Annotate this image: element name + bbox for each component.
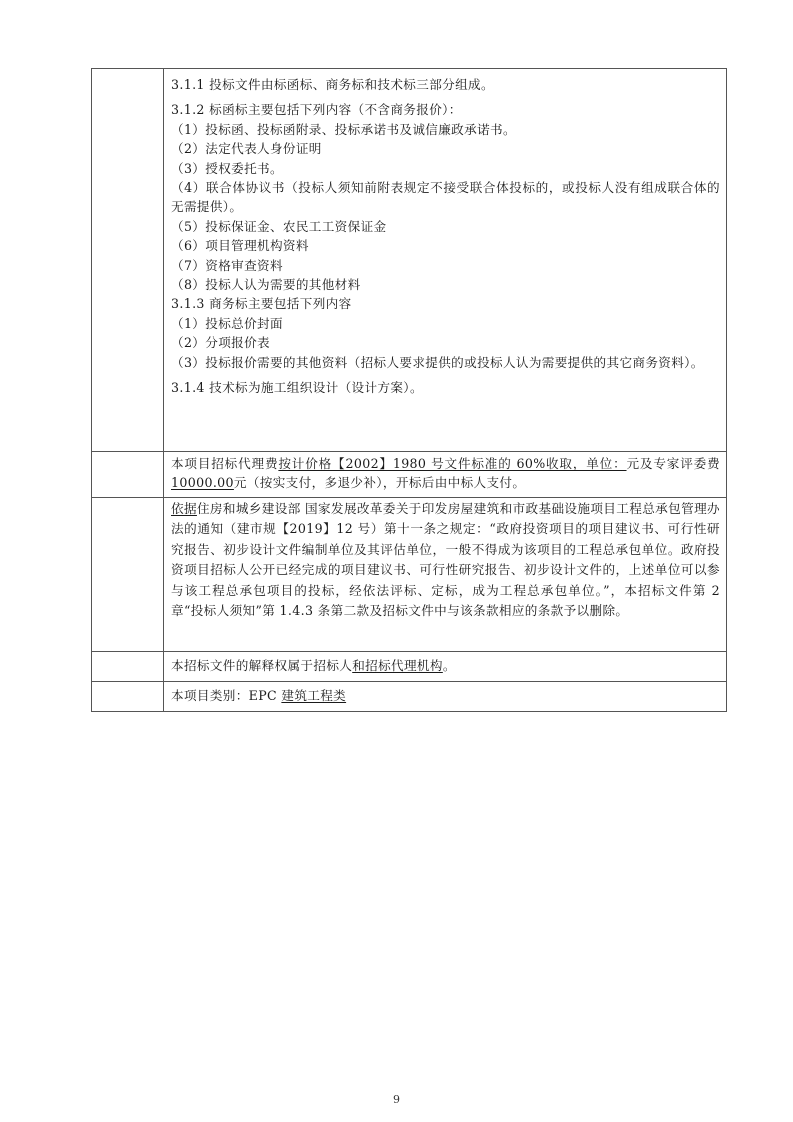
- row-label-cell: [92, 681, 164, 711]
- clause-3-1-4: 3.1.4 技术标为施工组织设计（设计方案）。: [171, 378, 720, 397]
- table-row-interpretation-right: 本招标文件的解释权属于招标人和招标代理机构。: [92, 651, 727, 681]
- row-label-cell: [92, 69, 164, 452]
- list-item: （5）投标保证金、农民工工资保证金: [171, 217, 720, 236]
- table-row-agency-fee: 本项目招标代理费按计价格【2002】1980 号文件标准的 60%收取，单位：元…: [92, 452, 727, 498]
- list-item: （2）法定代表人身份证明: [171, 139, 720, 158]
- row-label-cell: [92, 497, 164, 651]
- page-number: 9: [0, 1093, 793, 1106]
- project-category-text: 本项目类别：EPC 建筑工程类: [171, 686, 720, 705]
- table-row-bid-composition: 3.1.1 投标文件由标函标、商务标和技术标三部分组成。 3.1.2 标函标主要…: [92, 69, 727, 452]
- spec-table: 3.1.1 投标文件由标函标、商务标和技术标三部分组成。 3.1.2 标函标主要…: [91, 68, 727, 712]
- row-content-cell: 依据住房和城乡建设部 国家发展改革委关于印发房屋建筑和市政基础设施项目工程总承包…: [164, 497, 727, 651]
- list-item: （3）授权委托书。: [171, 159, 720, 178]
- agency-fee-text: 本项目招标代理费按计价格【2002】1980 号文件标准的 60%收取，单位：元…: [171, 454, 720, 493]
- interpretation-right-text: 本招标文件的解释权属于招标人和招标代理机构。: [171, 656, 720, 675]
- table-row-epc-regulation: 依据住房和城乡建设部 国家发展改革委关于印发房屋建筑和市政基础设施项目工程总承包…: [92, 497, 727, 651]
- list-item: （6）项目管理机构资料: [171, 236, 720, 255]
- clause-3-1-3: 3.1.3 商务标主要包括下列内容: [171, 294, 720, 313]
- epc-regulation-text: 依据住房和城乡建设部 国家发展改革委关于印发房屋建筑和市政基础设施项目工程总承包…: [171, 499, 720, 622]
- row-content-cell: 本项目招标代理费按计价格【2002】1980 号文件标准的 60%收取，单位：元…: [164, 452, 727, 498]
- list-item: （3）投标报价需要的其他资料（招标人要求提供的或投标人认为需要提供的其它商务资料…: [171, 353, 720, 372]
- clause-3-1-2: 3.1.2 标函标主要包括下列内容（不含商务报价）：: [171, 100, 720, 119]
- row-content-cell: 本项目类别：EPC 建筑工程类: [164, 681, 727, 711]
- table-row-project-category: 本项目类别：EPC 建筑工程类: [92, 681, 727, 711]
- row-label-cell: [92, 452, 164, 498]
- clause-3-1-1: 3.1.1 投标文件由标函标、商务标和技术标三部分组成。: [171, 75, 720, 94]
- list-item: （8）投标人认为需要的其他材料: [171, 275, 720, 294]
- list-item: （2）分项报价表: [171, 333, 720, 352]
- row-content-cell: 本招标文件的解释权属于招标人和招标代理机构。: [164, 651, 727, 681]
- row-label-cell: [92, 651, 164, 681]
- list-item: （7）资格审查资料: [171, 256, 720, 275]
- list-item: （1）投标总价封面: [171, 314, 720, 333]
- list-item: （1）投标函、投标函附录、投标承诺书及诚信廉政承诺书。: [171, 120, 720, 139]
- document-page: 3.1.1 投标文件由标函标、商务标和技术标三部分组成。 3.1.2 标函标主要…: [0, 0, 793, 1122]
- row-content-cell: 3.1.1 投标文件由标函标、商务标和技术标三部分组成。 3.1.2 标函标主要…: [164, 69, 727, 452]
- list-item: （4）联合体协议书（投标人须知前附表规定不接受联合体投标的，或投标人没有组成联合…: [171, 178, 720, 217]
